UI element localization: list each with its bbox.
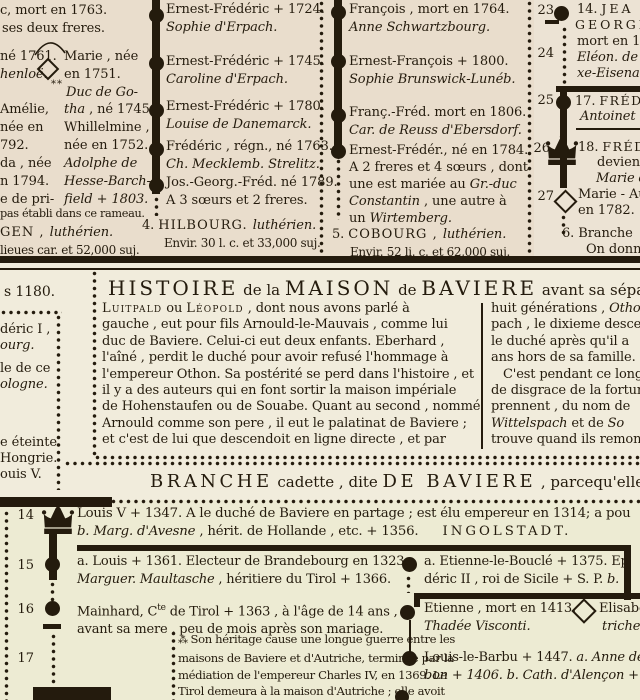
- text-part: Léopold: [186, 301, 244, 316]
- text-part: de Hohenstaufen ou de Souabe. Quant au s…: [102, 399, 480, 414]
- dotted-line: [64, 461, 640, 466]
- branch-footer-stats: Envir. 30 l. c. et 33,000 suj.: [164, 237, 321, 250]
- text-part: Louis-le-Barbu + 1447.: [424, 650, 576, 665]
- text-part: MAISON: [285, 276, 393, 300]
- entry-line: A 3 sœurs et 2 freres.: [166, 194, 308, 208]
- paragraph-line: et c'est de lui que descendoit en ligne …: [102, 432, 480, 448]
- entry-line: 17. FRÉD.: [575, 94, 640, 109]
- generation-number: 25: [534, 93, 554, 108]
- text-part: Otho: [609, 301, 640, 316]
- text-part: de la: [238, 281, 285, 299]
- text-part: 14.: [577, 2, 601, 17]
- entry-line: une est mariée au Gr.-duc: [349, 178, 517, 192]
- text-line: ouis V.: [0, 468, 42, 482]
- text-part: GEORGES: [575, 17, 640, 32]
- text-line: e éteinte: [0, 436, 57, 450]
- dotted-separator: [92, 270, 97, 458]
- text-part: et de: [567, 416, 607, 431]
- text-part: l'aîné , perdit le duché pour avoir refu…: [102, 350, 448, 365]
- branch-footer-stats: lieues car. et 52,000 suj.: [0, 244, 139, 257]
- entry-line: 6. Branche: [562, 227, 633, 241]
- text-part: ⁂: [178, 635, 190, 646]
- descent-line: [334, 0, 342, 152]
- entry-line: Ernest-François + 1800.: [349, 55, 508, 69]
- entry-line: Constantin , une autre à: [349, 195, 507, 209]
- entry-line: bon + 1406. b. Cath. d'Alençon +: [424, 667, 640, 685]
- text-part: luthérien.: [50, 225, 113, 240]
- row-louis-v: Louis V + 1347. A le duché de Baviere en…: [77, 505, 630, 540]
- entry-line: GEORGES: [575, 18, 640, 33]
- spouse-line: Car. de Reuss d'Ebersdorf.: [349, 124, 522, 138]
- text-part: , hérit. de Hollande , etc. + 1356.: [195, 524, 418, 539]
- entry-line: François , mort en 1764.: [349, 3, 509, 17]
- text-line: déric I ,: [0, 323, 50, 337]
- text-line: tha , né 1745.: [64, 103, 154, 117]
- text-part: C'est pendant ce long: [491, 367, 640, 382]
- entry-line: un Wirtemberg.: [349, 212, 452, 226]
- entry-line: 18. FRÉD.: [578, 140, 640, 155]
- text-part: Arnould comme son pere , il eut le palat…: [102, 416, 467, 431]
- crown-icon: [544, 133, 580, 167]
- node-dot: [400, 605, 415, 620]
- text-part: Louis V + 1347. A le duché de Baviere en…: [77, 506, 630, 521]
- entry-line: déric II , roi de Sicile + S. P. b.: [424, 571, 629, 589]
- text-part: HISTOIRE: [108, 276, 238, 300]
- entry-line: Louis V + 1347. A le duché de Baviere en…: [77, 505, 630, 523]
- entry-line: Marie - Au: [578, 188, 640, 202]
- text-line: Hesse-Barch-: [64, 175, 151, 189]
- text-part: , une autre à: [420, 194, 507, 209]
- text-part: te: [157, 603, 166, 613]
- text-part: 17.: [575, 94, 599, 109]
- text-part: 18.: [578, 140, 602, 155]
- paragraph-line: l'aîné , perdit le duché pour avoir refu…: [102, 350, 480, 366]
- node-dot: [556, 95, 571, 110]
- branch-footer: GEN , luthérien.: [0, 226, 113, 240]
- crown-icon: [40, 502, 76, 536]
- dotted-line: [0, 310, 62, 315]
- spouse-line: xe-Eisena: [577, 67, 640, 81]
- text-part: le duché après qu'il a: [491, 334, 629, 349]
- row-etienne-boucle: a. Etienne-le-Bouclé + 1375. Ep déric II…: [424, 553, 629, 588]
- entry-line: A 2 freres et 4 sœurs , dont: [349, 161, 528, 175]
- node-dot: [149, 178, 164, 193]
- text-line: née en 1752.: [64, 139, 148, 153]
- entry-line: Ernest-Frédér., né en 1784.: [349, 144, 528, 158]
- branch-heading: BRANCHE cadette , dite DE BAVIERE , parc…: [150, 471, 640, 492]
- entry-line: devient: [597, 156, 640, 170]
- generation-number: 24: [534, 46, 554, 61]
- partition-line: [77, 545, 630, 551]
- text-part: INGOLSTADT.: [442, 524, 571, 539]
- text-line: n 1794.: [0, 175, 49, 189]
- dotted-line: [336, 158, 341, 220]
- text-line: Marie , née: [64, 50, 138, 64]
- asterism-icon: **: [51, 80, 63, 91]
- text-part: , dont nous avons parlé à: [244, 301, 410, 316]
- branch-footer: 4. HILBOURG. luthérien.: [142, 219, 316, 233]
- paragraph-line: Luitpald ou Léopold , dont nous avons pa…: [102, 301, 480, 317]
- entry-line: Jos.-Georg.-Fréd. né 1789.: [166, 176, 338, 190]
- dotted-line: [50, 499, 640, 504]
- text-part: GEN ,: [0, 225, 50, 240]
- text-part: Constantin: [349, 194, 420, 209]
- paragraph-line: prennent , du nom de: [491, 399, 640, 415]
- paragraph-line: huit générations , Otho: [491, 301, 640, 317]
- dotted-separator: [527, 0, 532, 258]
- spouse-line: Sophie Brunswick-Lunéb.: [349, 73, 515, 87]
- text-part: un: [349, 211, 370, 226]
- dotted-separator: [56, 314, 61, 490]
- paragraph-line: l'empereur Othon. Sa postérité se perd d…: [102, 367, 480, 383]
- text-part: luthérien.: [443, 227, 506, 242]
- entry-line: Frédéric , régn., né 1763.: [166, 140, 333, 154]
- dotted-separator: [319, 0, 324, 258]
- text-part: 5.: [332, 227, 348, 242]
- generation-number: 15: [14, 558, 34, 573]
- generation-number: 17: [14, 651, 34, 666]
- text-part: , né 1745.: [85, 102, 154, 117]
- text-part: gauche , eut pour fils Arnould-le-Mauvai…: [102, 317, 448, 332]
- dotted-separator: [4, 510, 9, 700]
- entry-line: mort en 16: [577, 35, 640, 49]
- paragraph-line: C'est pendant ce long: [491, 367, 640, 383]
- entry-line: Franç.-Fréd. mort en 1806.: [349, 106, 526, 120]
- paragraph-line: il y a des auteurs qui en font sortir la…: [102, 383, 480, 399]
- spouse-line: Sophie d'Erpach.: [166, 21, 277, 35]
- row-louis-barbu: Louis-le-Barbu + 1447. a. Anne de bon + …: [424, 649, 640, 684]
- section-rule-thick: [0, 256, 640, 263]
- text-part: a. Louis + 1361. Electeur de Brandebourg…: [77, 554, 408, 569]
- entry-line: Ernest-Frédéric + 1780.: [166, 100, 325, 114]
- text-part: , parcequ'elle: [536, 473, 640, 491]
- text-line: Whillelmine ,: [64, 121, 150, 135]
- page-title: HISTOIRE de la MAISON de BAVIERE avant s…: [108, 276, 640, 300]
- text-part: maisons de Baviere et d'Autriche, termin…: [178, 651, 454, 665]
- branch-frame-bottom: [414, 593, 640, 599]
- node-dot: [331, 144, 346, 159]
- text-part: de disgrace de la fortun: [491, 383, 640, 398]
- text-line: née en: [0, 121, 43, 135]
- dotted-line: [50, 581, 55, 603]
- generation-number: 16: [14, 602, 34, 617]
- paragraph-line: Arnould comme son pere , il eut le palat…: [102, 416, 480, 432]
- text-line: Hongrie.: [0, 452, 57, 466]
- text-part: trouve quand ils remon: [491, 432, 640, 447]
- column-divider: [481, 303, 483, 449]
- text-line: s 1180.: [4, 285, 55, 300]
- text-line: c, mort en 1763.: [0, 4, 107, 18]
- text-part: l'empereur Othon. Sa postérité se perd d…: [102, 367, 474, 382]
- text-line: Amélie,: [0, 103, 49, 117]
- spouse-line: Marie de: [596, 172, 640, 186]
- text-part: BAVIERE: [421, 276, 537, 300]
- text-line: ologne.: [0, 378, 48, 392]
- text-part: de Tirol + 1363 , à l'âge de 14 ans ,: [166, 604, 398, 619]
- dotted-separator: [171, 630, 176, 700]
- row-louis-brandebourg: a. Louis + 1361. Electeur de Brandebourg…: [77, 553, 408, 588]
- text-part: ans hors de sa famille.: [491, 350, 636, 365]
- text-line: pas établi dans ce rameau.: [0, 208, 145, 220]
- entry-line: Ernest-Frédéric + 1724.: [166, 3, 325, 17]
- heavy-rule-partial: [33, 687, 111, 700]
- text-line: en 1751.: [64, 68, 121, 82]
- text-part: et c'est de lui que descendoit en ligne …: [102, 432, 446, 447]
- text-part: huit générations ,: [491, 301, 609, 316]
- history-paragraph-right: huit générations , Otho pach , le dixiem…: [491, 301, 640, 449]
- node-dot: [149, 56, 164, 71]
- text-part: prennent , du nom de: [491, 399, 630, 414]
- marriage-dash: [545, 20, 559, 24]
- text-part: FRÉD.: [602, 139, 640, 154]
- spouse-line: Eléon. de: [577, 51, 638, 65]
- text-part: Luitpald: [102, 301, 162, 316]
- text-line: 792.: [0, 139, 29, 153]
- genealogy-page: c, mort en 1763. ses deux freres. né 176…: [0, 0, 640, 700]
- entry-line: 14. JEA: [577, 2, 634, 17]
- text-part: luthérien.: [253, 218, 316, 233]
- branch-frame-tick: [414, 593, 420, 607]
- text-part: , héritiere du Tirol + 1366.: [215, 572, 391, 587]
- entry-line: a. Louis + 1361. Electeur de Brandebourg…: [77, 553, 408, 571]
- node-dot: [149, 142, 164, 157]
- text-part: b.: [607, 572, 619, 587]
- entry-line: a. Etienne-le-Bouclé + 1375. Ep: [424, 553, 629, 571]
- node-dot: [395, 690, 409, 700]
- branch-frame-top: [556, 86, 640, 92]
- descent-line: [152, 0, 160, 194]
- entry-line: Etienne , mort en 1413.: [424, 600, 576, 618]
- dotted-line: [94, 455, 640, 460]
- text-part: Mainhard, C: [77, 604, 157, 619]
- text-line: Elisabe: [599, 602, 640, 616]
- branch-footer: 5. COBOURG , luthérien.: [332, 228, 506, 242]
- text-part: il y a des auteurs qui en font sortir la…: [102, 383, 456, 398]
- paragraph-line: ans hors de sa famille.: [491, 350, 640, 366]
- text-part: FRÉD.: [599, 93, 640, 108]
- text-part: cadette , dite: [273, 473, 383, 491]
- text-part: une est mariée au: [349, 177, 470, 192]
- text-part: Son héritage cause une longue guerre ent…: [190, 632, 455, 646]
- row-etienne-1413: Etienne , mort en 1413. Thadée Visconti.: [424, 600, 576, 635]
- spouse-line: Marguer. Maultasche , héritiere du Tirol…: [77, 571, 408, 589]
- spouse-line: Antoinet: [580, 110, 635, 124]
- spouse-line: Caroline d'Erpach.: [166, 73, 288, 87]
- node-dot: [149, 8, 164, 23]
- entry-line: Louis-le-Barbu + 1447. a. Anne de: [424, 649, 640, 667]
- note-line: maisons de Baviere et d'Autriche, termin…: [178, 650, 455, 667]
- node-dot: [331, 54, 346, 69]
- spouse-line: Ch. Mecklemb. Strelitz.: [166, 158, 320, 172]
- text-part: HILBOURG.: [158, 218, 253, 233]
- spouse-line: Anne Schwartzbourg.: [349, 21, 490, 35]
- marriage-dash: [43, 624, 61, 629]
- text-part: DE BAVIERE: [383, 471, 537, 492]
- text-line: Duc de Go-: [66, 86, 138, 100]
- text-line: le de ce: [0, 362, 50, 376]
- generation-number: 27: [534, 189, 554, 204]
- text-line: ses deux freres.: [2, 22, 105, 36]
- paragraph-line: gauche , eut pour fils Arnould-le-Mauvai…: [102, 317, 480, 333]
- entry-line: b. Marg. d'Avesne , hérit. de Hollande ,…: [77, 523, 630, 541]
- text-part: de: [393, 281, 421, 299]
- paragraph-line: pach , le dixieme desce: [491, 317, 640, 333]
- text-part: Marguer. Maultasche: [77, 572, 215, 587]
- paragraph-line: Wittelspach et de So: [491, 416, 640, 432]
- dotted-line: [562, 26, 567, 84]
- text-part: So: [608, 416, 624, 431]
- node-dot: [554, 6, 569, 21]
- text-line: da , née: [0, 157, 51, 171]
- node-dot: [45, 557, 60, 572]
- note-line: Tirol demeura à la maison d'Autriche ; e…: [178, 683, 455, 700]
- text-line: Adolphe de: [64, 157, 137, 171]
- text-part: médiation de l'empereur Charles IV, en 1…: [178, 668, 447, 682]
- generation-number: 14: [14, 508, 34, 523]
- generation-number: 23: [534, 3, 554, 18]
- entry-line: en 1782.: [578, 204, 635, 218]
- spouse-line: Thadée Visconti.: [424, 618, 576, 636]
- text-part: avant sa séparation: [537, 281, 640, 299]
- node-dot: [149, 103, 164, 118]
- text-line: ourg.: [0, 339, 34, 353]
- text-line: field + 1803.: [64, 193, 148, 207]
- text-part: a. Anne de: [576, 650, 640, 665]
- text-part: ou: [162, 301, 186, 316]
- node-dot: [331, 108, 346, 123]
- note-line: ⁂ Son héritage cause une longue guerre e…: [178, 631, 455, 650]
- entry-line: On donn: [586, 243, 640, 257]
- text-part: a. Etienne-le-Bouclé + 1375. Ep: [424, 554, 629, 569]
- spouse-line: Louise de Danemarck.: [166, 118, 311, 132]
- text-part: Wirtemberg.: [370, 211, 452, 226]
- text-part: JEA: [601, 1, 633, 16]
- text-line: e de pri-: [0, 193, 54, 207]
- text-part: BRANCHE: [150, 471, 273, 492]
- paragraph-line: de Hohenstaufen ou de Souabe. Quant au s…: [102, 399, 480, 415]
- text-part: Etienne , mort en 1413.: [424, 601, 576, 616]
- paragraph-line: duc de Baviere. Celui-ci eut deux enfant…: [102, 334, 480, 350]
- heritage-note: ⁂ Son héritage cause une longue guerre e…: [178, 631, 455, 700]
- entry-line: Mainhard, Cte de Tirol + 1363 , à l'âge …: [77, 600, 398, 621]
- node-dot: [331, 5, 346, 20]
- text-line: triche: [602, 620, 640, 634]
- rule-thin: [576, 128, 640, 130]
- dotted-line: [154, 196, 159, 216]
- text-part: b. Marg. d'Avesne: [77, 524, 195, 539]
- paragraph-line: le duché après qu'il a: [491, 334, 640, 350]
- note-line: médiation de l'empereur Charles IV, en 1…: [178, 667, 455, 684]
- paragraph-line: de disgrace de la fortun: [491, 383, 640, 399]
- text-part: bon + 1406. b. Cath. d'Alençon +: [424, 668, 639, 683]
- entry-line: Ernest-Frédéric + 1745.: [166, 55, 325, 69]
- node-dot: [45, 601, 60, 616]
- text-part: 4.: [142, 218, 158, 233]
- text-part: COBOURG ,: [348, 227, 443, 242]
- text-part: déric II , roi de Sicile + S. P.: [424, 572, 607, 587]
- history-paragraph-left: Luitpald ou Léopold , dont nous avons pa…: [102, 301, 480, 449]
- text-part: Gr.-duc: [470, 177, 517, 192]
- text-part: duc de Baviere. Celui-ci eut deux enfant…: [102, 334, 444, 349]
- text-part: tha: [64, 102, 85, 117]
- paragraph-line: trouve quand ils remon: [491, 432, 640, 448]
- text-part: Wittelspach: [491, 416, 567, 431]
- text-part: Thadée Visconti.: [424, 619, 530, 634]
- text-part: pach , le dixieme desce: [491, 317, 640, 332]
